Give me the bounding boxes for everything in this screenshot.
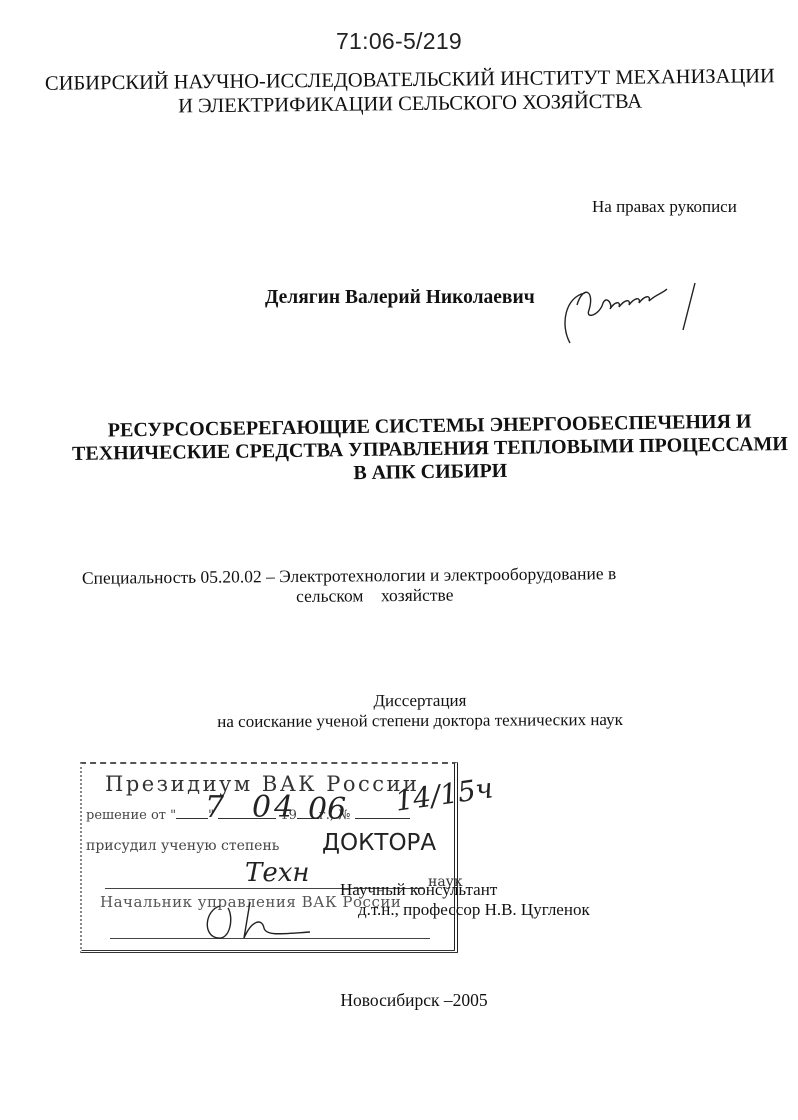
consultant-name: д.т.н., профессор Н.В. Цугленок xyxy=(340,900,590,920)
dissertation-type: Диссертация на соискание ученой степени … xyxy=(180,690,660,733)
stamp-decision-line: решение от "" 19г., № xyxy=(86,808,410,823)
rights-note: На правах рукописи xyxy=(592,197,737,217)
specialty: Специальность 05.20.02 – Электротехнолог… xyxy=(40,562,770,608)
dissertation-line-1: Диссертация xyxy=(180,690,660,713)
document-code: 71:06-5/219 xyxy=(0,28,798,55)
dissertation-title: РЕСУРСОСБЕРЕГАЮЩИЕ СИСТЕМЫ ЭНЕРГООБЕСПЕЧ… xyxy=(50,410,798,490)
vak-head-signature-icon xyxy=(200,898,320,943)
city-year: Новосибирск –2005 xyxy=(0,990,798,1011)
decision-label: решение от " xyxy=(86,808,176,823)
stamp-degree: ДОКТОРА xyxy=(322,830,436,856)
author-name: Делягин Валерий Николаевич xyxy=(265,287,535,309)
consultant-label: Научный консультант xyxy=(340,880,590,900)
handwritten-month: 04 xyxy=(252,790,296,825)
scientific-consultant: Научный консультант д.т.н., профессор Н.… xyxy=(340,880,590,920)
dissertation-line-2: на соискание ученой степени доктора техн… xyxy=(180,710,660,733)
organization-name: СИБИРСКИЙ НАУЧНО-ИССЛЕДОВАТЕЛЬСКИЙ ИНСТИ… xyxy=(40,64,780,120)
author-signature-icon xyxy=(555,275,715,350)
stamp-awarded-label: присудил ученую степень xyxy=(86,838,279,854)
handwritten-day: 7 xyxy=(205,790,224,825)
handwritten-year: 06 xyxy=(308,792,346,827)
handwritten-field: Техн xyxy=(245,858,310,888)
